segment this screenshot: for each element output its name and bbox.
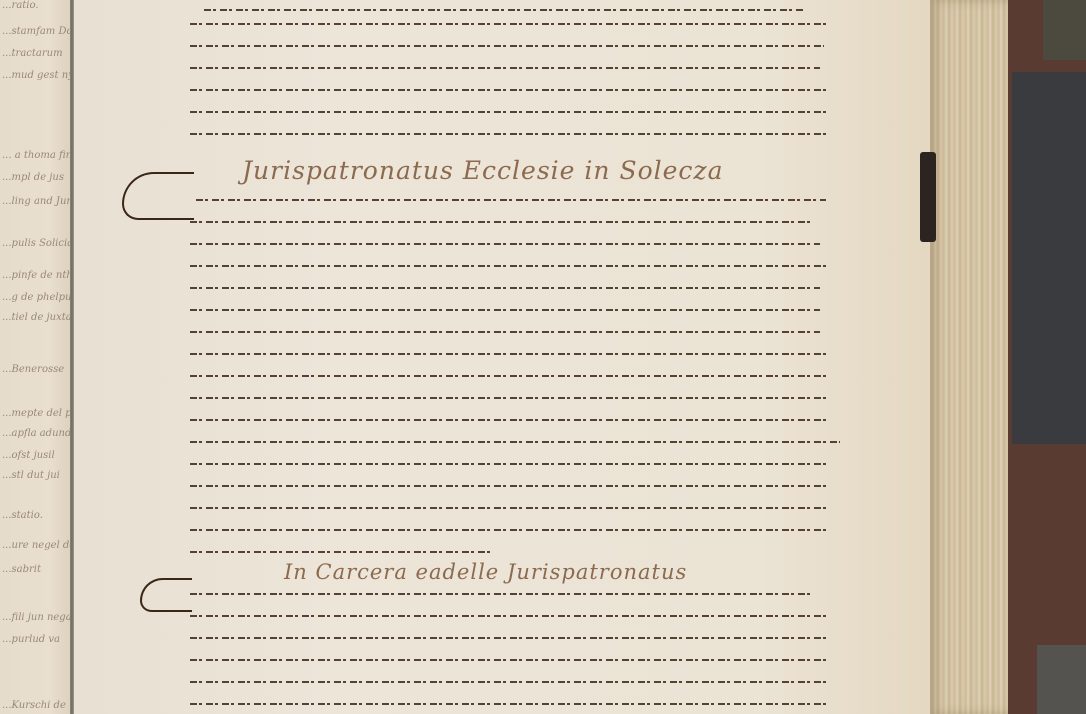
- margin-note: ...fili jun negat: [2, 612, 76, 623]
- handwriting-line: [190, 324, 820, 338]
- margin-note: ...mpl de jus: [2, 172, 64, 183]
- handwriting-line: [190, 434, 840, 448]
- margin-note: ...tractarum: [2, 48, 63, 59]
- handwriting-line: [190, 368, 830, 382]
- facing-page-left: ...ratio. ...stamfam Dola ...tractarum .…: [0, 0, 70, 714]
- margin-note: ...ratio.: [2, 0, 39, 11]
- margin-note: ...mud gest ny: [2, 70, 74, 81]
- handwriting-line: [204, 2, 804, 16]
- cover-panel: [1037, 645, 1086, 714]
- handwriting-line: [190, 82, 830, 96]
- handwriting-line: [190, 302, 820, 316]
- margin-note: ...sabrit: [2, 564, 41, 575]
- handwriting-line: [190, 412, 830, 426]
- handwriting-line: [190, 390, 830, 404]
- handwriting-line: [190, 60, 820, 74]
- handwriting-line: [190, 258, 830, 272]
- handwriting-line: [190, 16, 830, 30]
- margin-note: ...apfla adund: [2, 428, 71, 439]
- handwriting-line: [190, 126, 830, 140]
- section-heading: Jurispatronatus Ecclesie in Solecza: [242, 156, 723, 185]
- margin-note: ...stl dut jui: [2, 470, 60, 481]
- handwriting-line: [190, 586, 810, 600]
- margin-note: ...tiel de juxta: [2, 312, 72, 323]
- handwriting-line: [190, 652, 830, 666]
- handwriting-line: [190, 696, 830, 710]
- handwriting-line: [190, 544, 490, 558]
- handwriting-line: [190, 500, 830, 514]
- section-heading: In Carcera eadelle Jurispatronatus: [284, 560, 687, 584]
- handwriting-line: [190, 478, 830, 492]
- handwriting-line: [190, 608, 830, 622]
- margin-note: ...statio.: [2, 510, 43, 521]
- handwriting-line: [190, 522, 830, 536]
- margin-note: ...Kurschi de: [2, 700, 66, 711]
- handwriting-line: [190, 104, 830, 118]
- margin-note: ...pulis Solicia: [2, 238, 73, 249]
- initial-flourish: [140, 578, 192, 612]
- margin-note: ...purlud va: [2, 634, 60, 645]
- initial-flourish: [122, 172, 194, 220]
- handwriting-line: [190, 630, 830, 644]
- manuscript-page: Jurispatronatus Ecclesie in Solecza In C…: [74, 0, 930, 714]
- handwriting-line: [190, 280, 820, 294]
- margin-note: ...ofst jusil: [2, 450, 55, 461]
- cover-panel: [1043, 0, 1086, 60]
- page-tear: [920, 152, 936, 242]
- handwriting-line: [190, 346, 830, 360]
- background-surface: [1012, 72, 1086, 444]
- margin-note: ...Benerosse: [2, 364, 64, 375]
- handwriting-line: [190, 214, 810, 228]
- handwriting-line: [190, 456, 830, 470]
- handwriting-line: [190, 674, 830, 688]
- margin-note: ... a thoma fin: [2, 150, 72, 161]
- page-edge: [930, 0, 1010, 714]
- handwriting-line: [190, 38, 824, 52]
- handwriting-line: [190, 236, 820, 250]
- handwriting-line: [196, 192, 826, 206]
